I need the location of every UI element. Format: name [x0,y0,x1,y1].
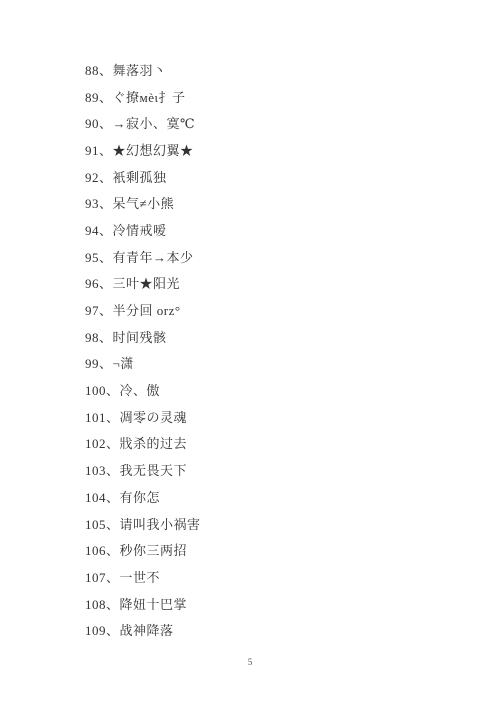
list-item-number: 96、 [85,273,113,292]
list-item: 103、我无畏天下 [85,456,460,483]
list-item-number: 106、 [85,540,120,559]
list-item: 107、一世不 [85,563,460,590]
list-item-text: 我无畏天下 [120,460,188,479]
list-item-number: 103、 [85,460,120,479]
list-item-number: 91、 [85,140,113,159]
list-item-number: 90、 [85,113,113,132]
list-item-text: 衹剩孤独 [113,167,167,186]
list-item-text: 降妞十巴掌 [120,594,188,613]
list-item-number: 98、 [85,327,113,346]
list-item-text: 一世不 [120,567,161,586]
list-item-number: 109、 [85,620,120,639]
list-item-number: 105、 [85,514,120,533]
list-item-text: 时间残骸 [113,327,167,346]
list-item-text: 有你怎 [120,487,161,506]
list-item: 89、ぐ撩мèι扌子 [85,83,460,110]
list-item: 90、→寂小、寞℃ [85,109,460,136]
list-item-number: 97、 [85,300,113,319]
numbered-name-list: 88、舞落羽丶89、ぐ撩мèι扌子90、→寂小、寞℃91、★幻想幻翼★92、衹剩… [85,56,460,643]
list-item-text: 半分回 orz° [113,300,181,319]
list-item: 100、冷、傲 [85,376,460,403]
list-item-text: 冷、傲 [120,380,161,399]
list-item: 101、凋零の灵魂 [85,403,460,430]
list-item-number: 104、 [85,487,120,506]
list-item-number: 94、 [85,220,113,239]
list-item: 108、降妞十巴掌 [85,590,460,617]
list-item-number: 88、 [85,60,113,79]
list-item-text: 舞落羽丶 [113,60,167,79]
list-item-number: 107、 [85,567,120,586]
list-item: 105、请叫我小祸害 [85,510,460,537]
list-item-text: ★幻想幻翼★ [113,140,194,159]
list-item-text: 有青年→本少 [113,247,194,266]
list-item: 104、有你怎 [85,483,460,510]
list-item: 95、有青年→本少 [85,243,460,270]
list-item: 99、¬潇 [85,350,460,377]
list-item-number: 99、 [85,353,113,372]
list-item-number: 102、 [85,433,120,452]
document-page: 88、舞落羽丶89、ぐ撩мèι扌子90、→寂小、寞℃91、★幻想幻翼★92、衹剩… [0,0,500,707]
list-item: 92、衹剩孤独 [85,163,460,190]
list-item-text: 戕杀的过去 [120,433,188,452]
list-item-text: 凋零の灵魂 [120,407,188,426]
list-item-number: 93、 [85,193,113,212]
list-item: 102、戕杀的过去 [85,430,460,457]
list-item: 91、★幻想幻翼★ [85,136,460,163]
list-item: 109、战神降落 [85,616,460,643]
list-item-number: 101、 [85,407,120,426]
list-item-number: 95、 [85,247,113,266]
list-item-text: 请叫我小祸害 [120,514,201,533]
list-item-text: 三叶★阳光 [113,273,181,292]
list-item-text: →寂小、寞℃ [113,113,196,132]
list-item: 88、舞落羽丶 [85,56,460,83]
list-item: 106、秒你三两招 [85,536,460,563]
list-item: 94、冷情戒嗳 [85,216,460,243]
list-item-number: 89、 [85,87,113,106]
list-item-number: 100、 [85,380,120,399]
list-item-text: 秒你三两招 [120,540,188,559]
list-item-text: 战神降落 [120,620,174,639]
list-item: 96、三叶★阳光 [85,270,460,297]
list-item-number: 108、 [85,594,120,613]
page-number: 5 [0,657,500,667]
list-item: 97、半分回 orz° [85,296,460,323]
list-item-text: 呆气≠小熊 [113,193,175,212]
list-item-text: 冷情戒嗳 [113,220,167,239]
list-item-number: 92、 [85,167,113,186]
list-item-text: ¬潇 [113,353,134,372]
list-item: 98、时间残骸 [85,323,460,350]
list-item: 93、呆气≠小熊 [85,189,460,216]
list-item-text: ぐ撩мèι扌子 [113,87,186,106]
